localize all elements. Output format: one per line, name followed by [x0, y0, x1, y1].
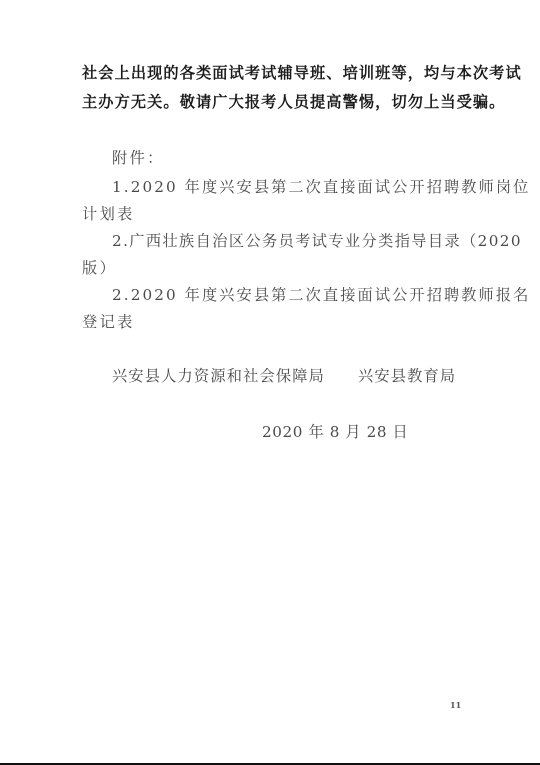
attachment-item-2-line-1: 2.广西壮族自治区公务员考试专业分类指导目录（2020 [112, 231, 522, 251]
document-page: 社会上出现的各类面试考试辅导班、培训班等，均与本次考试 主办方无关。敬请广大报考… [0, 0, 540, 763]
attachment-item-3-line-2: 登记表 [82, 312, 135, 332]
signature-hr-bureau: 兴安县人力资源和社会保障局 [112, 366, 325, 386]
attachment-item-2-line-2: 版） [82, 258, 117, 278]
attachment-item-3-line-1: 2.2020 年度兴安县第二次直接面试公开招聘教师报名 [112, 285, 530, 305]
attachment-item-1-line-2: 计划表 [82, 204, 135, 224]
attachments-heading: 附件： [112, 148, 165, 168]
notice-line-2: 主办方无关。敬请广大报考人员提高警惕，切勿上当受骗。 [82, 92, 505, 112]
notice-line-1: 社会上出现的各类面试考试辅导班、培训班等，均与本次考试 [82, 63, 522, 83]
document-date: 2020 年 8 月 28 日 [262, 422, 408, 442]
page-number: 11 [450, 700, 461, 710]
signature-education-bureau: 兴安县教育局 [358, 366, 456, 386]
attachment-item-1-line-1: 1.2020 年度兴安县第二次直接面试公开招聘教师岗位 [112, 177, 530, 197]
